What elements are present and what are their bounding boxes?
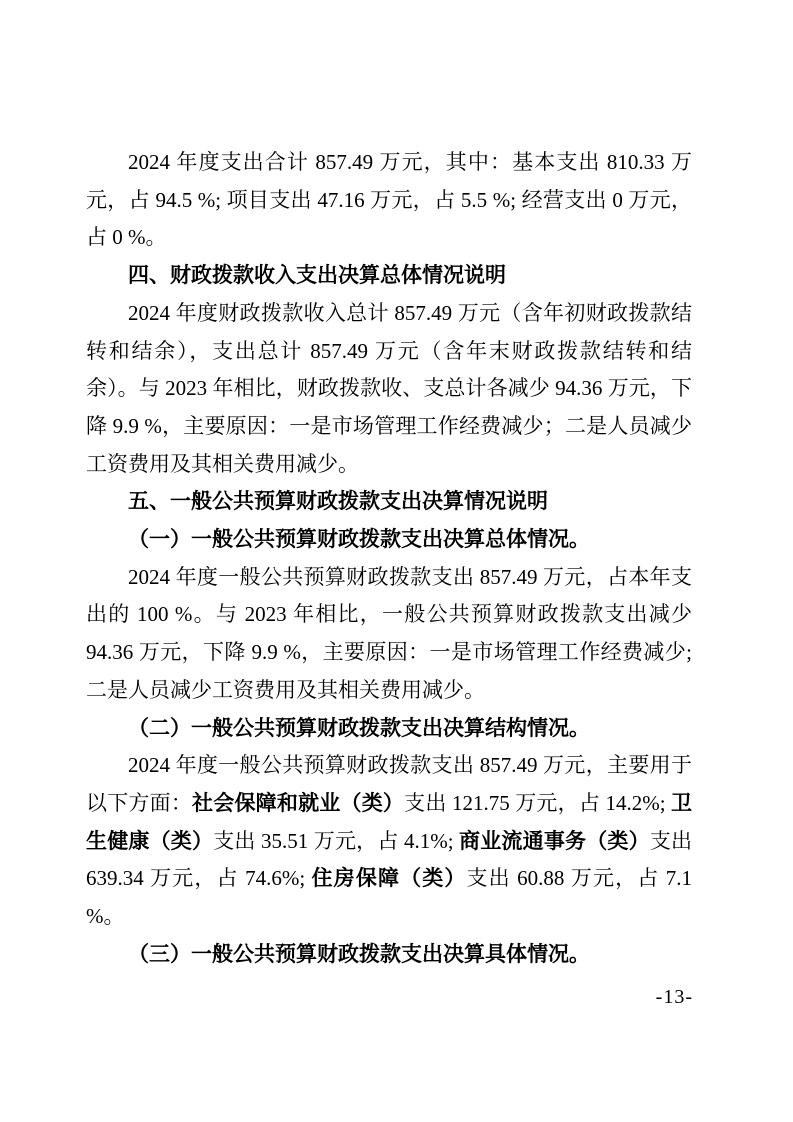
text-run: 2024 年度支出合计 857.49 万元，其中：基本支出 810.33 万元，… [86,150,692,249]
section-heading: 五、一般公共预算财政拨款支出决算情况说明 [86,483,692,521]
document-body: 2024 年度支出合计 857.49 万元，其中：基本支出 810.33 万元，… [86,144,692,973]
text-run: 支出 121.75 万元，占 14.2%; [404,791,671,815]
emphasized-text: （三）一般公共预算财政拨款支出决算具体情况。 [128,942,590,966]
paragraph: 2024 年度财政拨款收入总计 857.49 万元（含年初财政拨款结转和结余），… [86,295,692,484]
subsection-heading: （三）一般公共预算财政拨款支出决算具体情况。 [86,936,692,974]
emphasized-text: （二）一般公共预算财政拨款支出决算结构情况。 [128,716,590,740]
text-run: 2024 年度财政拨款收入总计 857.49 万元（含年初财政拨款结转和结余），… [86,301,692,476]
page-number: -13- [656,986,693,1009]
emphasized-text: 五、一般公共预算财政拨款支出决算情况说明 [128,490,548,513]
emphasized-text: （一）一般公共预算财政拨款支出决算总体情况。 [128,527,590,551]
document-page: 2024 年度支出合计 857.49 万元，其中：基本支出 810.33 万元，… [0,0,793,1122]
paragraph: 2024 年度一般公共预算财政拨款支出 857.49 万元，主要用于以下方面：社… [86,747,692,936]
section-heading: 四、财政拨款收入支出决算总体情况说明 [86,257,692,295]
text-run: 2024 年度一般公共预算财政拨款支出 857.49 万元，占本年支出的 100… [86,565,692,702]
emphasized-text: 四、财政拨款收入支出决算总体情况说明 [128,264,506,287]
emphasized-text: 社会保障和就业（类） [192,792,404,815]
emphasized-text: 住房保障（类） [312,867,467,890]
paragraph: 2024 年度支出合计 857.49 万元，其中：基本支出 810.33 万元，… [86,144,692,257]
paragraph: 2024 年度一般公共预算财政拨款支出 857.49 万元，占本年支出的 100… [86,559,692,710]
text-run: 支出 35.51 万元，占 4.1%; [213,829,459,853]
subsection-heading: （一）一般公共预算财政拨款支出决算总体情况。 [86,521,692,559]
emphasized-text: 商业流通事务（类） [459,830,650,853]
subsection-heading: （二）一般公共预算财政拨款支出决算结构情况。 [86,710,692,748]
